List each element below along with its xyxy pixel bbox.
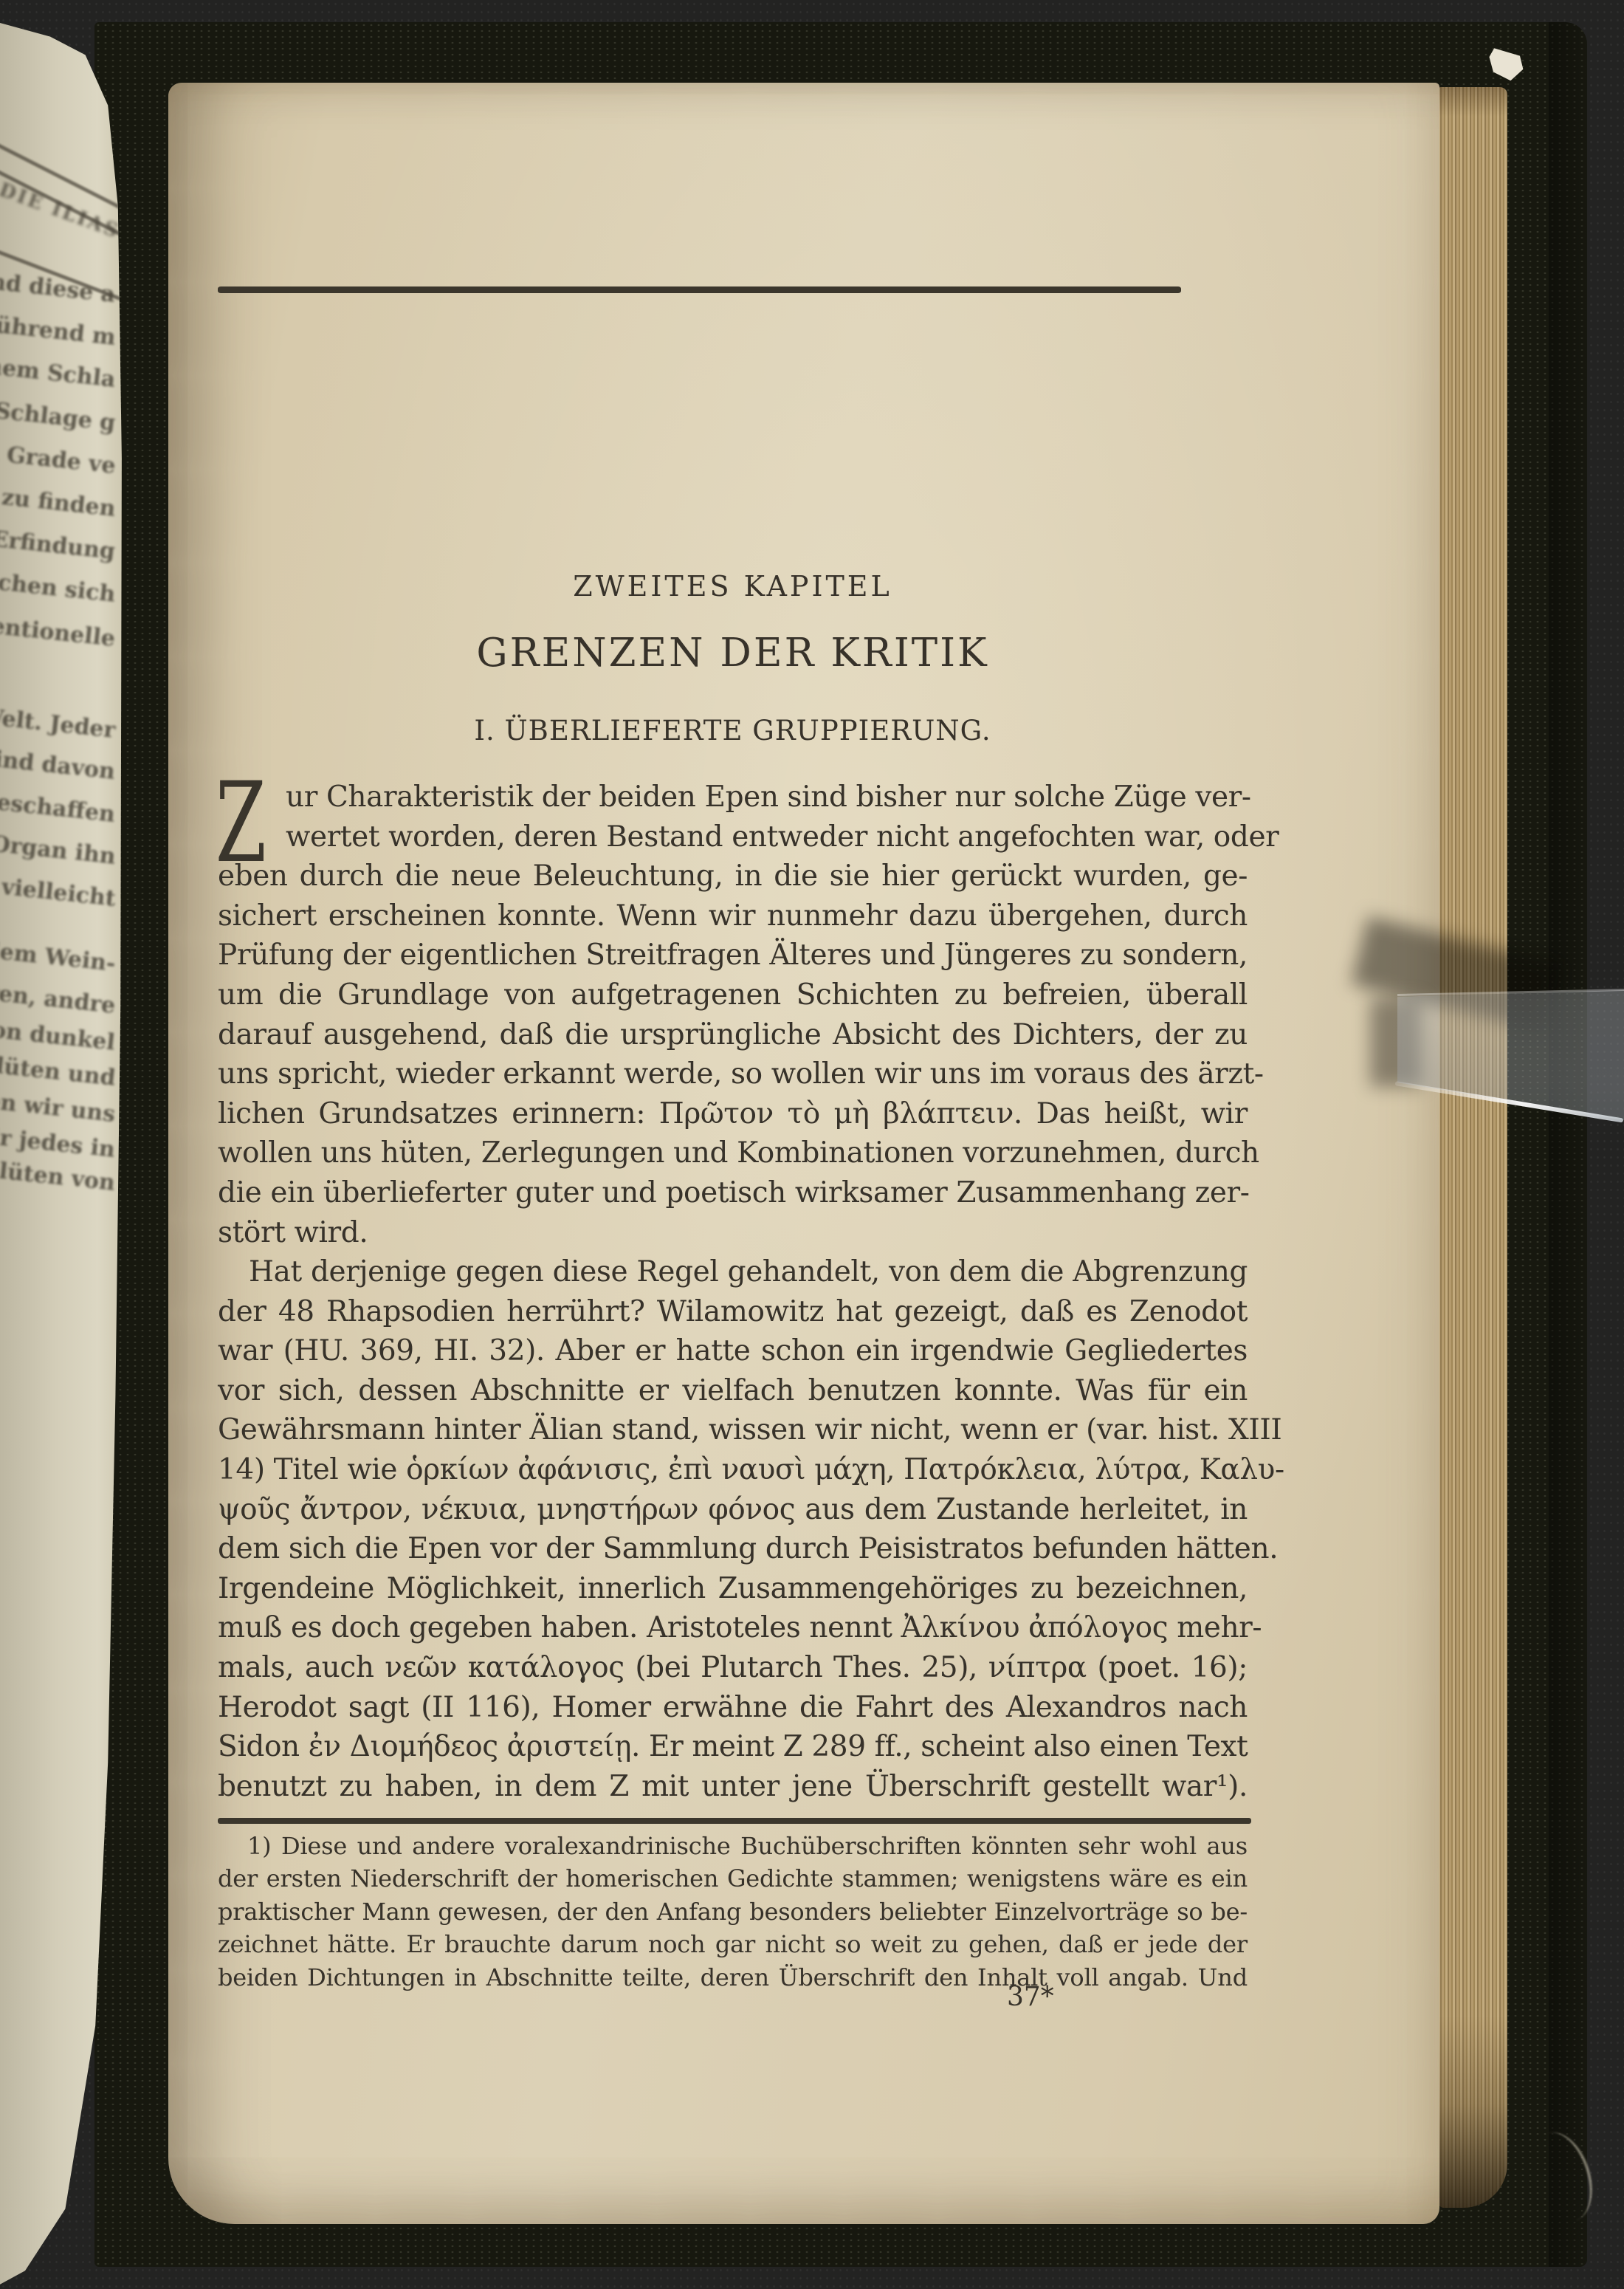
text-line: Prüfung der eigentlichen Streitfragen Äl… xyxy=(218,936,1248,975)
text-line: mals, auch νεῶν κατάλογος (bei Plutarch … xyxy=(218,1648,1248,1688)
text-line: benutzt zu haben, in dem Z mit unter jen… xyxy=(218,1767,1248,1807)
signature-mark: 37* xyxy=(1007,1982,1054,2012)
footnote-line: beiden Dichtungen in Abschnitte teilte, … xyxy=(218,1961,1248,1994)
text-line: sichert erscheinen konnte. Wenn wir nunm… xyxy=(218,896,1248,936)
text-line: Irgendeine Möglichkeit, innerlich Zusamm… xyxy=(218,1569,1248,1609)
bleed-text-line: drittes vielleicht xyxy=(0,865,117,912)
bleed-text-line: mit einem Schlage g xyxy=(0,384,117,436)
text-line: vor sich, dessen Abschnitte er vielfach … xyxy=(218,1371,1248,1411)
footnote: 1) Diese und andere voralexandrinische B… xyxy=(218,1830,1248,1994)
section-heading: I. ÜBERLIEFERTE GRUPPIERUNG. xyxy=(218,715,1248,747)
text-line: um die Grundlage von aufgetragenen Schic… xyxy=(218,975,1248,1015)
text-line: uns spricht, wieder erkannt werde, so wo… xyxy=(218,1054,1248,1094)
text-line: war (HU. 369, HI. 32). Aber er hatte sch… xyxy=(218,1331,1248,1371)
bleed-text-line: die sie geschaffen xyxy=(0,779,117,828)
text-line: Hat derjenige gegen diese Regel gehandel… xyxy=(218,1252,1248,1292)
bleed-text-line: rn, mit solchen sich xyxy=(0,556,117,608)
text-line: muß es doch gegeben haben. Aristoteles n… xyxy=(218,1608,1248,1648)
bleed-text-line: nn ein Organ ihn xyxy=(0,822,117,870)
text-line: Herodot sagt (II 116), Homer erwähne die… xyxy=(218,1688,1248,1728)
bleed-text-line: es in dem Wein- xyxy=(0,930,117,977)
text-line: darauf ausgehend, daß die ursprüngliche … xyxy=(218,1015,1248,1055)
paragraph-2: Hat derjenige gegen diese Regel gehandel… xyxy=(218,1252,1248,1806)
footnote-line: praktischer Mann gewesen, der den Anfang… xyxy=(218,1895,1248,1928)
footnote-line: 1) Diese und andere voralexandrinische B… xyxy=(218,1830,1248,1862)
text-line: wollen uns hüten, Zerlegungen und Kombin… xyxy=(218,1133,1248,1173)
page-fore-edge xyxy=(1438,87,1507,2208)
book-page: ZWEITES KAPITEL GRENZEN DER KRITIK I. ÜB… xyxy=(168,83,1439,2224)
bleed-text-line: er harren, andre xyxy=(0,972,117,1019)
footnote-line: zeichnet hätte. Er brauchte darum noch g… xyxy=(218,1928,1248,1960)
text-line: Gewährsmann hinter Älian stand, wissen w… xyxy=(218,1410,1248,1450)
text-line: dem sich die Epen vor der Sammlung durch… xyxy=(218,1529,1248,1569)
chapter-head-rule xyxy=(218,286,1181,293)
text-line: stört wird. xyxy=(218,1213,1248,1253)
text-line: wertet worden, deren Bestand entweder ni… xyxy=(218,817,1248,857)
book-scan-photo: II. DIE ILIAS steigende und diese alich … xyxy=(0,0,1624,2289)
footnote-line: der ersten Niederschrift der homerischen… xyxy=(218,1862,1248,1895)
chapter-heading: ZWEITES KAPITEL xyxy=(218,570,1248,603)
footnote-rule xyxy=(218,1818,1251,1824)
bleed-text-line: in hohem Grade ve xyxy=(0,429,117,479)
book-cover-spine-ridge xyxy=(1549,22,1587,2267)
text-line: ur Charakteristik der beiden Epen sind b… xyxy=(218,778,1248,817)
bleed-text-line: gkeit der Erfindung xyxy=(0,514,117,565)
text-line: lichen Grundsatzes erinnern: Πρῶτον τὸ μ… xyxy=(218,1094,1248,1134)
text-line: Sidon ἐν Διομήδεος ἀριστείῃ. Er meint Z … xyxy=(218,1727,1248,1767)
bleed-text-line: steigende und diese a xyxy=(0,254,117,308)
chapter-title: GRENZEN DER KRITIK xyxy=(218,631,1248,676)
paragraph-1: ur Charakteristik der beiden Epen sind b… xyxy=(218,778,1248,1252)
text-line: die ein überlieferter guter und poetisch… xyxy=(218,1173,1248,1213)
bleed-text-line: n der Welt. Jeder xyxy=(0,696,117,744)
text-line: der 48 Rhapsodien herrührt? Wilamowitz h… xyxy=(218,1292,1248,1332)
text-line: eben durch die neue Beleuchtung, in die … xyxy=(218,857,1248,896)
text-line: 14) Titel wie ὁρκίων ἀφάνισις, ἐπὶ ναυσὶ… xyxy=(218,1450,1248,1490)
text-line: ψοῦς ἄντρον, νέκυια, μνηστήρων φόνος aus… xyxy=(218,1490,1248,1530)
bleed-text-line: eine konventionelle xyxy=(0,601,117,652)
